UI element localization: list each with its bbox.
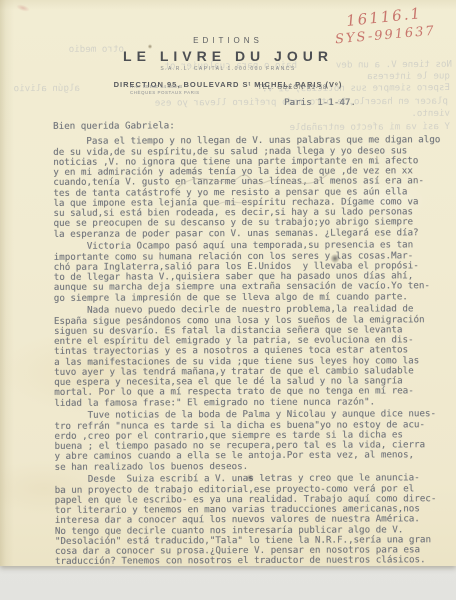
letterhead-registry: R.C. SEINE 34.600 B CHÈQUES POSTAUX PARI… bbox=[130, 84, 200, 95]
typed-line: traducción? Tenemos con nosotros el trad… bbox=[55, 555, 451, 567]
paragraph: Victoria Ocampo pasó aquí una temporada,… bbox=[54, 240, 450, 303]
typed-line: la esperanza de poder pasar con V. unas … bbox=[53, 228, 449, 240]
paragraph: Tuve noticias de la boda de Palma y Nico… bbox=[54, 409, 450, 472]
typed-line: y abre caminos cuando a ella se le antoj… bbox=[54, 450, 450, 462]
letterhead-rc-line2: CHÈQUES POSTAUX PARIS bbox=[130, 90, 200, 96]
bleedthrough-fragment: viento. bbox=[392, 109, 450, 119]
typed-line: go siempre la impresión de que se lleva … bbox=[54, 292, 450, 304]
letterhead-editions: EDITIONS bbox=[0, 36, 456, 45]
letterhead: EDITIONS LE LIVRE DU JOUR S.A.R.L. CAPIT… bbox=[0, 36, 456, 89]
letter-date: Paris 1-1-47. bbox=[284, 98, 356, 108]
letterhead-publisher-name: LE LIVRE DU JOUR bbox=[0, 48, 456, 64]
letter-body: Bien querida Gabriela: Pasa el tiempo y … bbox=[53, 120, 451, 570]
bleedthrough-fragment: placer en hacerlo,de otro modo prefiero … bbox=[28, 97, 448, 110]
red-smudge bbox=[15, 3, 30, 13]
typed-line: se han realizado los buenos deseos. bbox=[55, 461, 451, 473]
letter-paragraphs: Pasa el tiempo y no llegan de V. unas pa… bbox=[53, 135, 451, 567]
paragraph: Desde Suiza escribí a V. unas letras y c… bbox=[55, 473, 451, 567]
salutation: Bien querida Gabriela: bbox=[53, 120, 449, 132]
letterhead-telephone: TÉL. ODÉON 91-58 bbox=[258, 85, 327, 91]
letterhead-address: DIRECTION 95, BOULEVARD Sᵗ MICHEL, PARIS… bbox=[0, 80, 456, 89]
paragraph: Pasa el tiempo y no llegan de V. unas pa… bbox=[53, 135, 449, 239]
paragraph: Nada nuevo puedo decirle de nuestro prob… bbox=[54, 304, 450, 408]
letter-paper: otro medioNos tiene V. a un dev bajo o p… bbox=[0, 0, 456, 566]
scanned-letter-page: otro medioNos tiene V. a un dev bajo o p… bbox=[0, 0, 456, 600]
letterhead-legal-line: S.A.R.L. CAPITAL 1.000.000 FRANCS bbox=[0, 66, 456, 72]
typed-line: lidad la famosa frase:" El emigrado no t… bbox=[54, 397, 450, 409]
